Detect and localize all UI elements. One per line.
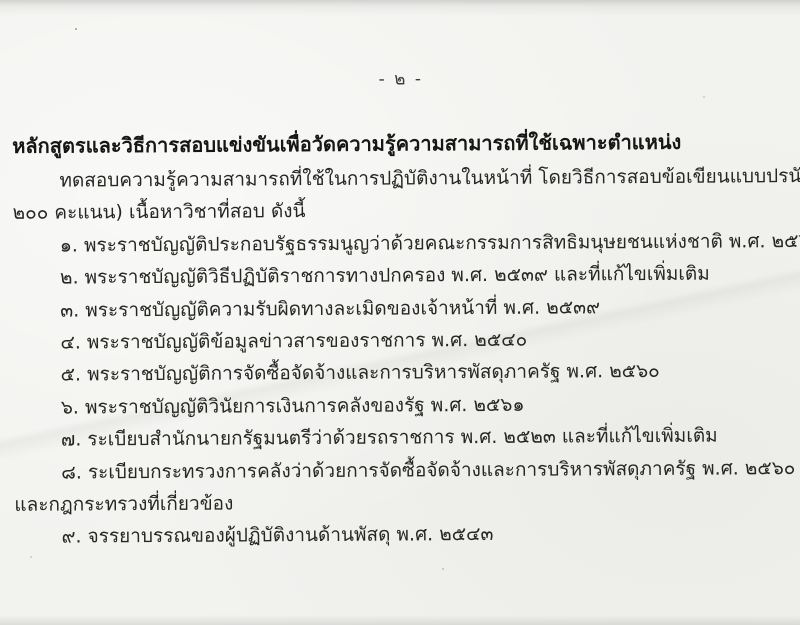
- page-number: - ๒ -: [12, 63, 790, 95]
- list-item-2: ๒. พระราชบัญญัติวิธีปฏิบัติราชการทางปกคร…: [13, 257, 791, 294]
- list-item-8: ๘. ระเบียบกระทรวงการคลังว่าด้วยการจัดซื้…: [14, 452, 792, 489]
- list-item-8-continuation: และกฎกระทรวงที่เกี่ยวข้อง: [14, 484, 792, 521]
- list-item-9: ๙. จรรยาบรรณของผู้ปฏิบัติงานด้านพัสดุ พ.…: [14, 517, 792, 554]
- list-item-5: ๕. พระราชบัญญัติการจัดซื้อจัดจ้างและการบ…: [14, 355, 792, 392]
- intro-line-2: ๒๐๐ คะแนน) เนื้อหาวิชาที่สอบ ดังนี้: [13, 193, 791, 230]
- list-item-6: ๖. พระราชบัญญัติวินัยการเงินการคลังของรั…: [14, 387, 792, 424]
- page-content: - ๒ - หลักสูตรและวิธีการสอบแข่งขันเพื่อว…: [0, 0, 800, 554]
- list-item-4: ๔. พระราชบัญญัติข้อมูลข่าวสารของราชการ พ…: [13, 322, 791, 359]
- list-item-3: ๓. พระราชบัญญัติความรับผิดทางละเมิดของเจ…: [13, 290, 791, 327]
- list-item-7: ๗. ระเบียบสำนักนายกรัฐมนตรีว่าด้วยรถราชก…: [14, 419, 792, 456]
- section-heading: หลักสูตรและวิธีการสอบแข่งขันเพื่อวัดความ…: [12, 126, 790, 161]
- intro-line-1: ทดสอบความรู้ความสามารถที่ใช้ในการปฏิบัติ…: [12, 160, 790, 197]
- list-item-1: ๑. พระราชบัญญัติประกอบรัฐธรรมนูญว่าด้วยค…: [13, 225, 791, 262]
- scanned-page: - ๒ - หลักสูตรและวิธีการสอบแข่งขันเพื่อว…: [0, 0, 800, 625]
